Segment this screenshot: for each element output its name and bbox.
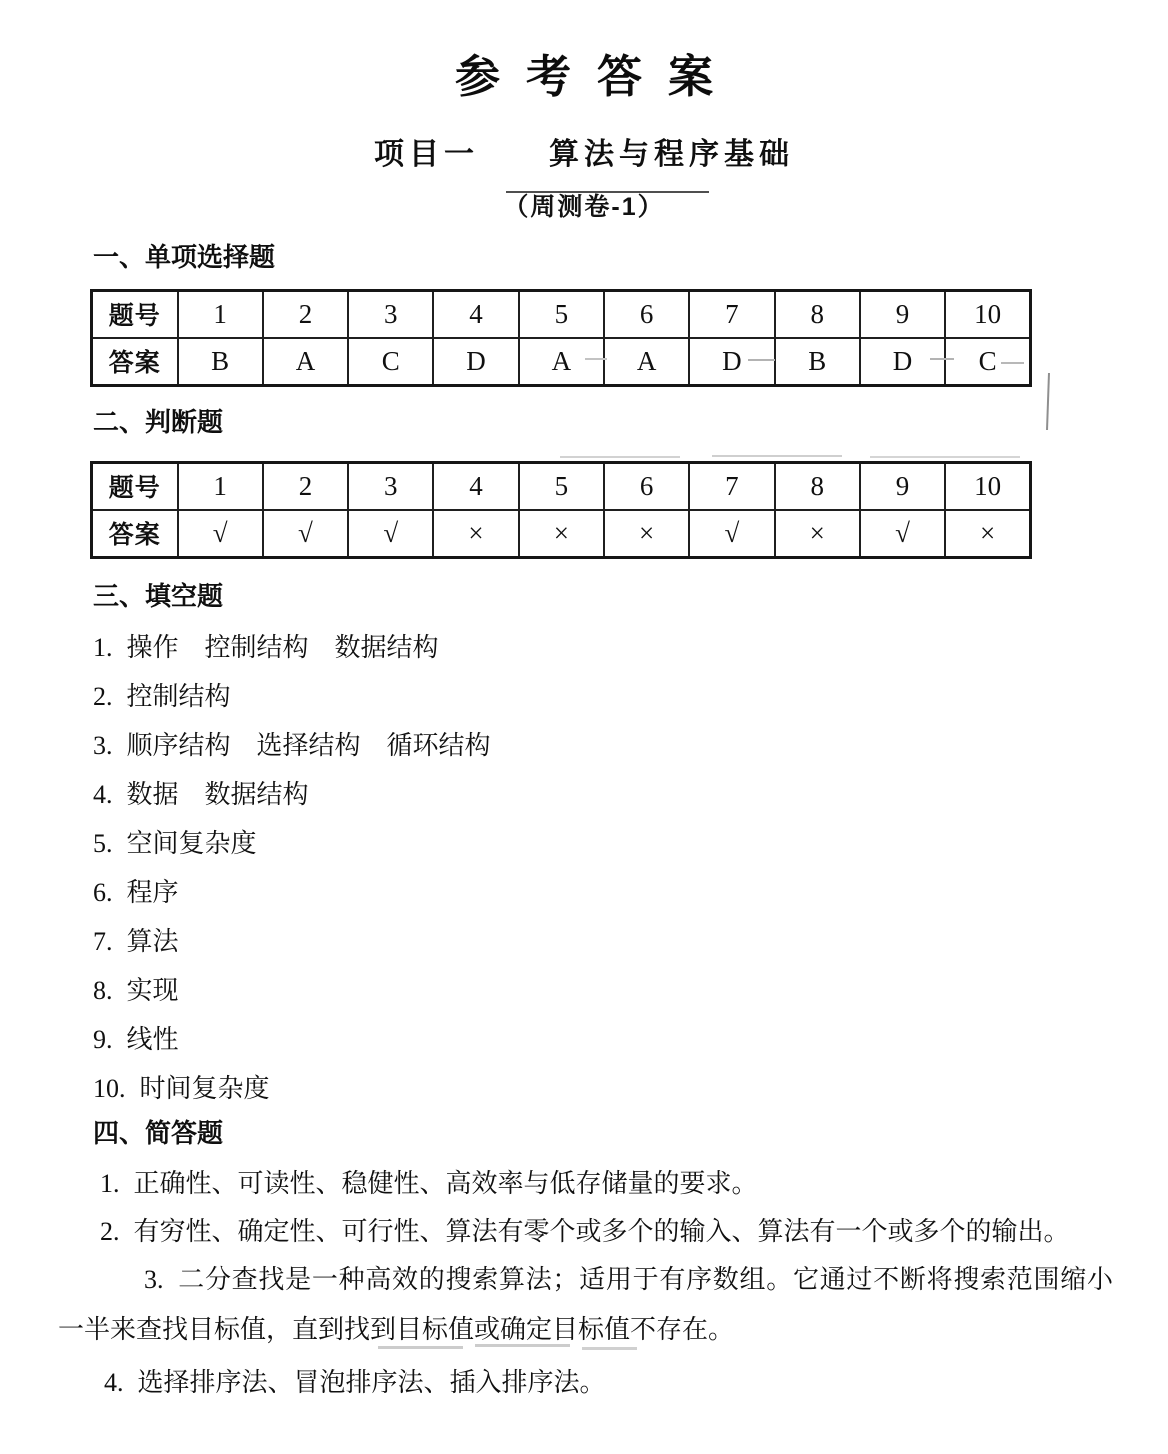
table-cell: B <box>775 338 860 386</box>
choice-answer-table: 题号 1 2 3 4 5 6 7 8 9 10 答案 B A C D A A D… <box>90 289 1032 387</box>
item-text: 控制结构 <box>127 682 231 711</box>
item-number: 5. <box>93 829 113 859</box>
fill-blank-item: 5.空间复杂度 <box>93 829 1168 859</box>
section-heading-judge: 二、判断题 <box>93 409 1168 435</box>
table-cell: 2 <box>263 463 348 510</box>
scan-artifact <box>712 455 842 457</box>
item-text: 空间复杂度 <box>127 829 257 858</box>
table-cell: 1 <box>178 291 263 338</box>
table-cell: √ <box>348 510 433 558</box>
item-text: 正确性、可读性、稳健性、高效率与低存储量的要求。 <box>134 1169 758 1198</box>
scan-artifact <box>560 456 680 458</box>
short-answer-item: 1.正确性、可读性、稳健性、高效率与低存储量的要求。 <box>100 1169 1168 1199</box>
item-text: 有穷性、确定性、可行性、算法有零个或多个的输入、算法有一个或多个的输出。 <box>134 1217 1070 1246</box>
fill-blank-item: 9.线性 <box>93 1025 1168 1055</box>
table-cell: A <box>604 338 689 386</box>
table-cell: C <box>945 338 1030 386</box>
short-answer-item: 4.选择排序法、冒泡排序法、插入排序法。 <box>104 1368 1168 1398</box>
table-cell: C <box>348 338 433 386</box>
fill-blank-item: 8.实现 <box>93 976 1168 1006</box>
item-text: 操作 控制结构 数据结构 <box>127 633 439 662</box>
table-cell: × <box>945 510 1030 558</box>
table-cell: D <box>689 338 774 386</box>
table-cell: 8 <box>775 291 860 338</box>
fill-blank-item: 2.控制结构 <box>93 682 1168 712</box>
paper-label: （周测卷-1） <box>0 195 1168 220</box>
item-number: 2. <box>100 1217 120 1247</box>
table-cell: 6 <box>604 291 689 338</box>
table-row: 答案 B A C D A A D B D C <box>92 338 1031 386</box>
row-header-number: 题号 <box>92 291 178 338</box>
table-cell: D <box>433 338 518 386</box>
table-cell: A <box>519 338 604 386</box>
table-cell: 3 <box>348 291 433 338</box>
table-cell: √ <box>860 510 945 558</box>
table-cell: × <box>433 510 518 558</box>
table-cell: 4 <box>433 291 518 338</box>
row-header-number: 题号 <box>92 463 178 510</box>
table-cell: √ <box>263 510 348 558</box>
item-text: 实现 <box>127 976 179 1005</box>
section-heading-fill: 三、填空题 <box>93 583 1168 609</box>
section-heading-choice: 一、单项选择题 <box>93 244 1168 270</box>
table-cell: 1 <box>178 463 263 510</box>
table-cell: 7 <box>689 291 774 338</box>
table-cell: 2 <box>263 291 348 338</box>
table-cell: √ <box>689 510 774 558</box>
item-number: 4. <box>104 1368 124 1398</box>
table-cell: B <box>178 338 263 386</box>
item-text: 线性 <box>127 1025 179 1054</box>
item-text: 数据 数据结构 <box>127 780 309 809</box>
item-number: 3. <box>93 731 113 761</box>
short-answer-item: 2.有穷性、确定性、可行性、算法有零个或多个的输入、算法有一个或多个的输出。 <box>100 1217 1168 1247</box>
fill-blank-item: 6.程序 <box>93 878 1168 908</box>
table-row: 题号 1 2 3 4 5 6 7 8 9 10 <box>92 463 1031 510</box>
table-cell: 10 <box>945 291 1030 338</box>
item-number: 7. <box>93 927 113 957</box>
table-cell: 5 <box>519 463 604 510</box>
table-cell: √ <box>178 510 263 558</box>
item-number: 8. <box>93 976 113 1006</box>
page-title: 参考答案 <box>0 0 1168 99</box>
item-number: 4. <box>93 780 113 810</box>
item-text: 时间复杂度 <box>140 1074 270 1103</box>
item-number: 1. <box>100 1169 120 1199</box>
fill-blank-item: 1.操作 控制结构 数据结构 <box>93 633 1168 663</box>
item-text: 二分查找是一种高效的搜索算法；适用于有序数组。它通过不断将搜索范围缩小一半来查找… <box>58 1265 1113 1344</box>
table-row: 答案 √ √ √ × × × √ × √ × <box>92 510 1031 558</box>
scan-artifact <box>870 456 1020 458</box>
section-heading-short-answer: 四、简答题 <box>93 1120 1168 1146</box>
table-cell: 5 <box>519 291 604 338</box>
answer-key-page: 参考答案 项目一 算法与程序基础 （周测卷-1） 一、单项选择题 题号 1 2 … <box>0 0 1168 1454</box>
item-text: 算法 <box>127 927 179 956</box>
fill-blank-item: 7.算法 <box>93 927 1168 957</box>
item-text: 选择排序法、冒泡排序法、插入排序法。 <box>138 1368 606 1397</box>
row-header-answer: 答案 <box>92 510 178 558</box>
fill-blank-item: 10.时间复杂度 <box>93 1074 1168 1104</box>
item-text: 程序 <box>127 878 179 907</box>
table-cell: 9 <box>860 291 945 338</box>
item-text: 顺序结构 选择结构 循环结构 <box>127 731 491 760</box>
item-number: 3. <box>101 1255 164 1305</box>
table-cell: 8 <box>775 463 860 510</box>
item-number: 9. <box>93 1025 113 1055</box>
table-row: 题号 1 2 3 4 5 6 7 8 9 10 <box>92 291 1031 338</box>
item-number: 6. <box>93 878 113 908</box>
table-cell: 9 <box>860 463 945 510</box>
table-cell: A <box>263 338 348 386</box>
table-cell: 10 <box>945 463 1030 510</box>
table-cell: × <box>519 510 604 558</box>
table-cell: × <box>775 510 860 558</box>
item-number: 10. <box>93 1074 126 1104</box>
table-cell: 4 <box>433 463 518 510</box>
row-header-answer: 答案 <box>92 338 178 386</box>
table-cell: 7 <box>689 463 774 510</box>
table-cell: 3 <box>348 463 433 510</box>
fill-blank-item: 3.顺序结构 选择结构 循环结构 <box>93 731 1168 761</box>
item-number: 2. <box>93 682 113 712</box>
project-heading: 项目一 算法与程序基础 <box>0 140 1168 170</box>
table-cell: × <box>604 510 689 558</box>
short-answer-item: 3.二分查找是一种高效的搜索算法；适用于有序数组。它通过不断将搜索范围缩小一半来… <box>58 1255 1113 1355</box>
table-cell: D <box>860 338 945 386</box>
table-cell: 6 <box>604 463 689 510</box>
fill-blank-item: 4.数据 数据结构 <box>93 780 1168 810</box>
judge-answer-table: 题号 1 2 3 4 5 6 7 8 9 10 答案 √ √ √ × × × √… <box>90 461 1032 559</box>
item-number: 1. <box>93 633 113 663</box>
